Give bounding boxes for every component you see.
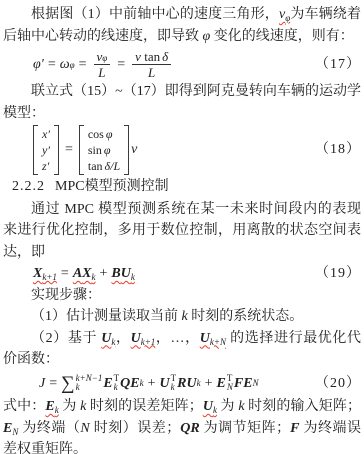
subscript-k-plus-1: k+1: [141, 337, 156, 347]
var-A: A: [73, 266, 82, 281]
equation-18-number: （18）: [315, 139, 361, 161]
legend-text-4: 时刻的输入矩阵；: [245, 399, 362, 414]
var-omega: ω: [60, 54, 70, 76]
var-L: L: [95, 65, 108, 80]
equals-sign: =: [117, 54, 125, 76]
term-Xk1: Xk+1: [33, 263, 57, 285]
var-L: L: [145, 65, 158, 80]
var-U: U: [101, 331, 111, 346]
var-phi: φ: [106, 127, 113, 141]
paragraph-legend: 式中：Ek 为 k 时刻的误差矩阵；Uk 为 k 时刻的输入矩阵；EN 为终端（…: [3, 396, 361, 454]
subscript-k-plus-N: k+N: [210, 337, 226, 347]
step2-text-1: （2）基于: [31, 331, 101, 346]
term-UkN: Uk+N: [200, 331, 226, 346]
var-z-prime: z′: [42, 158, 50, 174]
term-AXk: AXk: [73, 263, 96, 285]
step-1: （1）估计测量读取当前 k 时刻的系统状态。: [3, 306, 361, 328]
term-BUk: BUk: [111, 263, 134, 285]
var-QR: QR: [180, 421, 199, 436]
var-v: v: [135, 49, 141, 64]
legend-text-7: 为调节矩阵；: [200, 421, 291, 436]
summation-limits: k+N−1k: [76, 374, 103, 393]
legend-prefix: 式中：: [3, 399, 45, 414]
paragraph-kinematic-model: 联立式（15）~（17）即得到阿克曼转向车辆的运动学模型：: [3, 81, 361, 124]
fraction-vtan-over-L: v tanδL: [132, 49, 171, 80]
tan-function: tan: [144, 49, 160, 64]
legend-text-1: 为: [59, 399, 80, 414]
summation-sigma: ∑: [61, 374, 75, 393]
state-vector-matrix: x′y′z′: [33, 125, 59, 175]
plus-sign: +: [100, 263, 108, 285]
var-F: F: [290, 421, 299, 436]
plus-sign: +: [205, 373, 213, 395]
paragraph-mpc-intro: 通过 MPC 模型预测系统在某一未来时间段内的表现来进行优化控制，多用于数位控制…: [3, 199, 361, 264]
sin-function: sin: [88, 143, 102, 157]
var-E: E: [45, 399, 54, 414]
var-X: X: [82, 266, 91, 281]
var-U: U: [203, 399, 213, 414]
var-X: X: [33, 266, 42, 281]
legend-text-3: 为: [217, 399, 238, 414]
E-sup-sub: TN: [227, 374, 233, 393]
subscript-k: k: [131, 272, 135, 282]
subscript-k: k: [171, 383, 175, 393]
summation-lower-limit: k: [76, 383, 80, 393]
step1-text-1: （1）估计测量读取当前: [31, 309, 182, 324]
term-Uk: Uk: [101, 331, 115, 346]
var-RU: RU: [177, 373, 196, 395]
equation-17-number: （17）: [315, 54, 361, 76]
separator: ，: [115, 331, 130, 346]
cos-function: cos: [88, 127, 104, 141]
section-heading-mpc: 2.2.2MPC模型预测控制: [3, 176, 361, 198]
equation-20-number: （20）: [315, 373, 361, 395]
equation-18-body: x′y′z′ = cosφsinφtanδ/L v: [31, 125, 137, 175]
var-delta: δ: [162, 49, 168, 64]
var-phi: φ: [104, 143, 111, 157]
equals-sign: =: [65, 139, 73, 161]
equation-20-body: J=∑k+N−1kETkQEk+UTkRUk+ETNFEN: [39, 373, 259, 395]
var-delta-over-L: δ/L: [105, 159, 121, 173]
equals-sign: =: [48, 54, 56, 76]
equation-19-body: Xk+1=AXk+BUk: [33, 263, 135, 285]
var-v: v: [131, 139, 137, 161]
equation-19: Xk+1=AXk+BUk （19）: [3, 263, 361, 285]
right-bracket: [124, 125, 129, 175]
fraction-v-over-L: vφL: [94, 49, 111, 80]
p1-text-1: 根据图（1）中前轴中心的速度三角形，: [31, 7, 279, 22]
var-J: J: [39, 373, 45, 395]
paragraph-velocity-triangle: 根据图（1）中前轴中心的速度三角形，vφ为车辆绕着后轴中心转动的线速度，即导致 …: [3, 4, 361, 47]
var-B: B: [111, 266, 120, 281]
var-U: U: [131, 331, 141, 346]
var-U: U: [121, 266, 131, 281]
tan-function: tan: [88, 159, 103, 173]
p1-text-3: 变化的线速度，则有：: [210, 29, 354, 44]
direction-matrix: cosφsinφtanδ/L: [79, 125, 129, 175]
subscript-k: k: [114, 383, 118, 393]
term-Ek: Ek: [45, 399, 58, 414]
paragraph-steps-label: 实现步骤：: [3, 285, 361, 307]
plus-sign: +: [148, 373, 156, 395]
E-sup-sub: Tk: [114, 374, 120, 393]
var-U: U: [200, 331, 210, 346]
term-Uk1: Uk+1: [131, 331, 156, 346]
steps-label: 实现步骤：: [31, 288, 101, 303]
var-N: N: [80, 421, 89, 436]
equals-sign: =: [79, 54, 87, 76]
legend-text-2: 时刻的误差矩阵；: [86, 399, 203, 414]
var-v-phi: vφ: [279, 7, 290, 22]
var-x-prime: x′: [42, 126, 50, 142]
p3-text: 通过 MPC 模型预测系统在某一未来时间段内的表现来进行优化控制，多用于数位控制…: [3, 202, 361, 260]
legend-text-5: 为终端（: [18, 421, 80, 436]
p2-text: 联立式（15）~（17）即得到阿克曼转向车辆的运动学模型：: [3, 84, 361, 121]
step-2: （2）基于 Uk，Uk+1，…，Uk+N 的选择进行最优化代价函数：: [3, 328, 361, 371]
var-y-prime: y′: [42, 142, 50, 158]
term-Uk: Uk: [203, 399, 217, 414]
var-E: E: [103, 373, 112, 395]
section-number: 2.2.2: [12, 179, 45, 194]
var-FE: FE: [234, 373, 253, 395]
equation-19-number: （19）: [315, 263, 361, 285]
U-sup-sub: Tk: [171, 374, 177, 393]
equals-sign: =: [61, 263, 69, 285]
separator-ellipsis: ，…，: [155, 331, 199, 346]
subscript-k: k: [92, 272, 96, 282]
equation-17-body: φ′=ωφ=vφL=v tanδL: [33, 49, 174, 80]
var-U: U: [160, 373, 170, 395]
var-E: E: [217, 373, 226, 395]
right-bracket: [54, 125, 59, 175]
var-QE: QE: [120, 373, 139, 395]
section-title: MPC模型预测控制: [55, 179, 169, 194]
step1-text-2: 时刻的系统状态。: [188, 309, 304, 324]
subscript-k-plus-1: k+1: [42, 272, 57, 282]
document-page: 根据图（1）中前轴中心的速度三角形，vφ为车辆绕着后轴中心转动的线速度，即导致 …: [0, 0, 364, 454]
subscript-N: N: [227, 383, 233, 393]
equation-18: x′y′z′ = cosφsinφtanδ/L v （18）: [3, 125, 361, 175]
legend-text-6: 时刻）误差；: [90, 421, 181, 436]
equation-20: J=∑k+N−1kETkQEk+UTkRUk+ETNFEN （20）: [3, 373, 361, 395]
var-phi-prime: φ′: [33, 54, 44, 76]
equals-sign: =: [49, 373, 57, 395]
equation-17: φ′=ωφ=vφL=v tanδL （17）: [3, 49, 361, 80]
var-E: E: [3, 421, 12, 436]
